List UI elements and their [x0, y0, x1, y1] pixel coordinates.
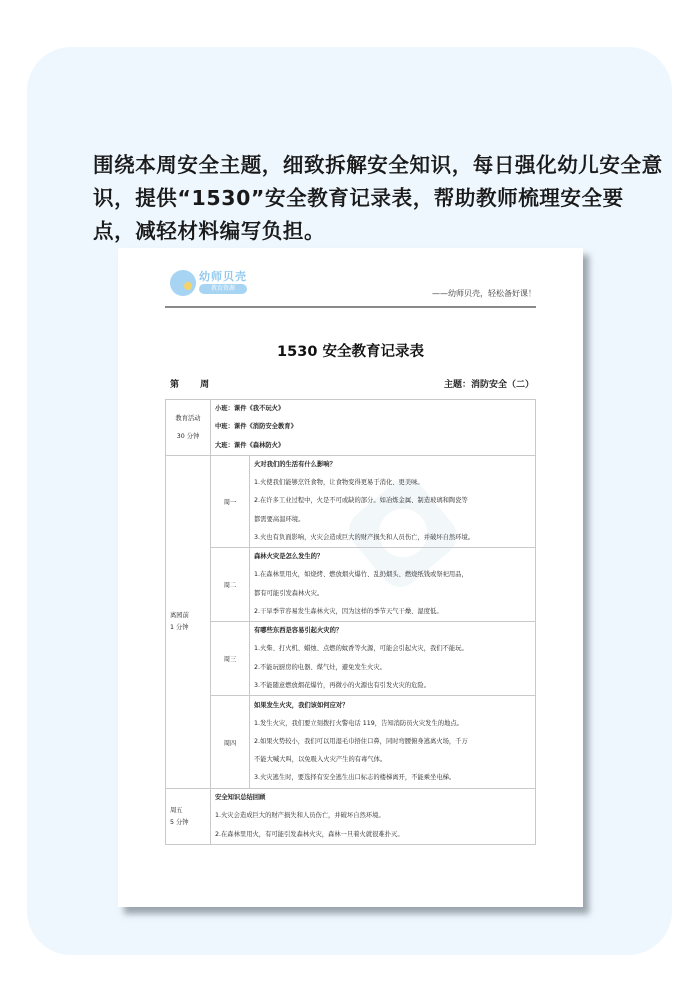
- document-preview: 幼师贝壳 教育资源 ——幼师贝壳，轻松备好课！ 1530 安全教育记录表 第 周…: [118, 248, 583, 907]
- activity-content-cell: 小班：课件《我不玩火》 中班：课件《消防安全教育》 大班：课件《森林防火》: [211, 400, 536, 456]
- day-cell: 周一: [211, 456, 250, 548]
- logo-name: 幼师贝壳: [199, 268, 247, 284]
- day-content-cell: 森林火灾是怎么发生的？ 1.在森林里用火，如烧烤、燃放烟火爆竹、乱扔烟头、燃烧纸…: [250, 548, 536, 622]
- header-divider: [165, 306, 536, 308]
- activity-line: 中班：课件《消防安全教育》: [211, 418, 535, 436]
- friday-label-cell: 周五 5 分钟: [166, 789, 211, 845]
- day-content-cell: 有哪些东西是容易引起火灾的？ 1.火柴、打火机、蜡烛、点燃的蚊香等火源，可能会引…: [250, 622, 536, 696]
- tagline: ——幼师贝壳，轻松备好课！: [432, 288, 536, 299]
- content-card: 围绕本周安全主题，细致拆解安全知识，每日强化幼儿安全意识，提供“1530”安全教…: [27, 47, 672, 955]
- brand-logo: 幼师贝壳 教育资源: [170, 268, 260, 302]
- table-row-activity: 教育活动 30 分钟 小班：课件《我不玩火》 中班：课件《消防安全教育》 大班：…: [166, 400, 536, 456]
- day-cell: 周二: [211, 548, 250, 622]
- table-row-friday: 周五 5 分钟 安全知识总结回顾 1.火灾会造成巨大的财产损失和人员伤亡，并破坏…: [166, 789, 536, 845]
- day-content-cell: 如果发生火灾，我们该如何应对？ 1.发生火灾，我们要立刻拨打火警电话 119，告…: [250, 696, 536, 789]
- theme-label: 主题：消防安全（二）: [444, 377, 534, 390]
- activity-label-cell: 教育活动 30 分钟: [166, 400, 211, 456]
- day-cell: 周三: [211, 622, 250, 696]
- week-label: 第 周: [170, 377, 209, 390]
- shell-logo-icon: [170, 270, 196, 296]
- document-title: 1530 安全教育记录表: [118, 340, 583, 361]
- activity-line: 大班：课件《森林防火》: [211, 437, 535, 455]
- activity-line: 小班：课件《我不玩火》: [211, 400, 535, 418]
- table-row-wednesday: 周三 有哪些东西是容易引起火灾的？ 1.火柴、打火机、蜡烛、点燃的蚊香等火源，可…: [166, 622, 536, 696]
- logo-subtitle: 教育资源: [199, 284, 247, 294]
- safety-record-table: 教育活动 30 分钟 小班：课件《我不玩火》 中班：课件《消防安全教育》 大班：…: [165, 399, 536, 845]
- leaving-label-cell: 离园前 1 分钟: [166, 456, 211, 789]
- table-row-tuesday: 周二 森林火灾是怎么发生的？ 1.在森林里用火，如烧烤、燃放烟火爆竹、乱扔烟头、…: [166, 548, 536, 622]
- table-row-monday: 离园前 1 分钟 周一 火对我们的生活有什么影响？ 1.火使我们能够烹饪食物，让…: [166, 456, 536, 548]
- friday-content-cell: 安全知识总结回顾 1.火灾会造成巨大的财产损失和人员伤亡，并破坏自然环境。 2.…: [211, 789, 536, 845]
- intro-text: 围绕本周安全主题，细致拆解安全知识，每日强化幼儿安全意识，提供“1530”安全教…: [93, 149, 663, 248]
- day-cell: 周四: [211, 696, 250, 789]
- table-row-thursday: 周四 如果发生火灾，我们该如何应对？ 1.发生火灾，我们要立刻拨打火警电话 11…: [166, 696, 536, 789]
- day-content-cell: 火对我们的生活有什么影响？ 1.火使我们能够烹饪食物，让食物变得更易于消化、更美…: [250, 456, 536, 548]
